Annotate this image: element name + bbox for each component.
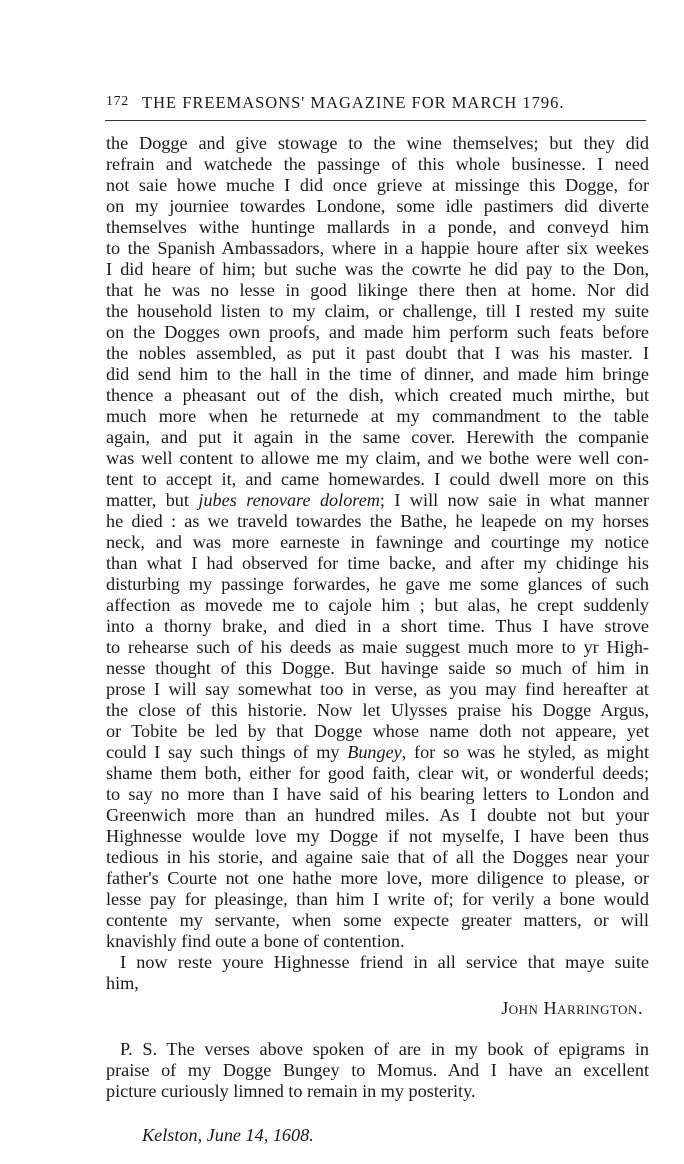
text-line: affection as movede me to cajole him ; b… — [106, 595, 649, 616]
text-line: themselves withe huntinge mallards in a … — [106, 217, 649, 238]
dateline: Kelston, June 14, 1608. — [106, 1125, 649, 1146]
text-line: he died : as we traveld towardes the Bat… — [106, 511, 649, 532]
text-line: tent to accept it, and came homewardes. … — [106, 469, 649, 490]
text-line: on the Dogges own proofs, and made him p… — [106, 322, 649, 343]
magazine-page: 172 THE FREEMASONS' MAGAZINE FOR MARCH 1… — [106, 90, 649, 112]
signature: John Harrington. — [106, 998, 649, 1019]
dog-name: Bungey — [347, 742, 402, 762]
page-number: 172 — [106, 94, 129, 110]
text-line: contente my servante, when some expecte … — [106, 910, 649, 931]
text-run: matter, but — [106, 490, 198, 510]
text-line: the nobles assembled, as put it past dou… — [106, 343, 649, 364]
text-line: thence a pheasant out of the dish, which… — [106, 385, 649, 406]
text-line: prose I will say somewhat too in verse, … — [106, 679, 649, 700]
text-line: knavishly find oute a bone of contention… — [106, 931, 649, 952]
text-line: much more when he returnede at my comman… — [106, 406, 649, 427]
text-line: the household listen to my claim, or cha… — [106, 301, 649, 322]
text-line: to rehearse such of his deeds as maie su… — [106, 637, 649, 658]
text-run: ; I will now saie in what manner — [380, 490, 649, 510]
text-line-dog-name: could I say such things of my Bungey, fo… — [106, 742, 649, 763]
text-line: father's Courte not one hathe more love,… — [106, 868, 649, 889]
postscript-line: praise of my Dogge Bungey to Momus. And … — [106, 1060, 649, 1081]
text-line: disturbing my passinge forwardes, he gav… — [106, 574, 649, 595]
text-line: tedious in his storie, and againe saie t… — [106, 847, 649, 868]
text-line: did send him to the hall in the time of … — [106, 364, 649, 385]
text-line: nesse thought of this Dogge. But havinge… — [106, 658, 649, 679]
running-title: THE FREEMASONS' MAGAZINE FOR MARCH 1796. — [142, 93, 565, 113]
text-line: or Tobite be led by that Dogge whose nam… — [106, 721, 649, 742]
text-line: I did heare of him; but suche was the co… — [106, 259, 649, 280]
text-run: could I say such things of my — [106, 742, 347, 762]
text-line: Highnesse woulde love my Dogge if not my… — [106, 826, 649, 847]
text-line: the Dogge and give stowage to the wine t… — [106, 133, 649, 154]
closing-line: him, — [106, 973, 649, 994]
text-line: not saie howe muche I did once grieve at… — [106, 175, 649, 196]
postscript: P. S. The verses above spoken of are in … — [106, 1039, 649, 1102]
running-head: 172 THE FREEMASONS' MAGAZINE FOR MARCH 1… — [106, 90, 649, 112]
text-line: the close of this historie. Now let Ulys… — [106, 700, 649, 721]
text-line: lesse pay for pleasinge, than him I writ… — [106, 889, 649, 910]
postscript-line: P. S. The verses above spoken of are in … — [106, 1039, 649, 1060]
text-line: neck, and was more earneste in fawninge … — [106, 532, 649, 553]
text-line: again, and put it again in the same cove… — [106, 427, 649, 448]
text-line: that he was no lesse in good likinge the… — [106, 280, 649, 301]
text-line: Greenwich more than an hundred miles. As… — [106, 805, 649, 826]
text-line: on my journiee towardes Londone, some id… — [106, 196, 649, 217]
text-line: to the Spanish Ambassadors, where in a h… — [106, 238, 649, 259]
postscript-line: picture curiously limned to remain in my… — [106, 1081, 649, 1102]
text-line: into a thorny brake, and died in a short… — [106, 616, 649, 637]
text-line: than what I had observed for time backe,… — [106, 553, 649, 574]
text-line: refrain and watchede the passinge of thi… — [106, 154, 649, 175]
text-line: shame them both, either for good faith, … — [106, 763, 649, 784]
text-run: , for so was he styled, as might — [402, 742, 649, 762]
header-rule — [105, 120, 646, 121]
text-line: to say no more than I have said of his b… — [106, 784, 649, 805]
latin-quote: jubes renovare dolorem — [198, 490, 380, 510]
closing-line: I now reste youre Highnesse friend in al… — [106, 952, 649, 973]
text-line-latin-quote: matter, but jubes renovare dolorem; I wi… — [106, 490, 649, 511]
text-line: was well content to allowe me my claim, … — [106, 448, 649, 469]
letter-body: the Dogge and give stowage to the wine t… — [106, 133, 649, 1146]
